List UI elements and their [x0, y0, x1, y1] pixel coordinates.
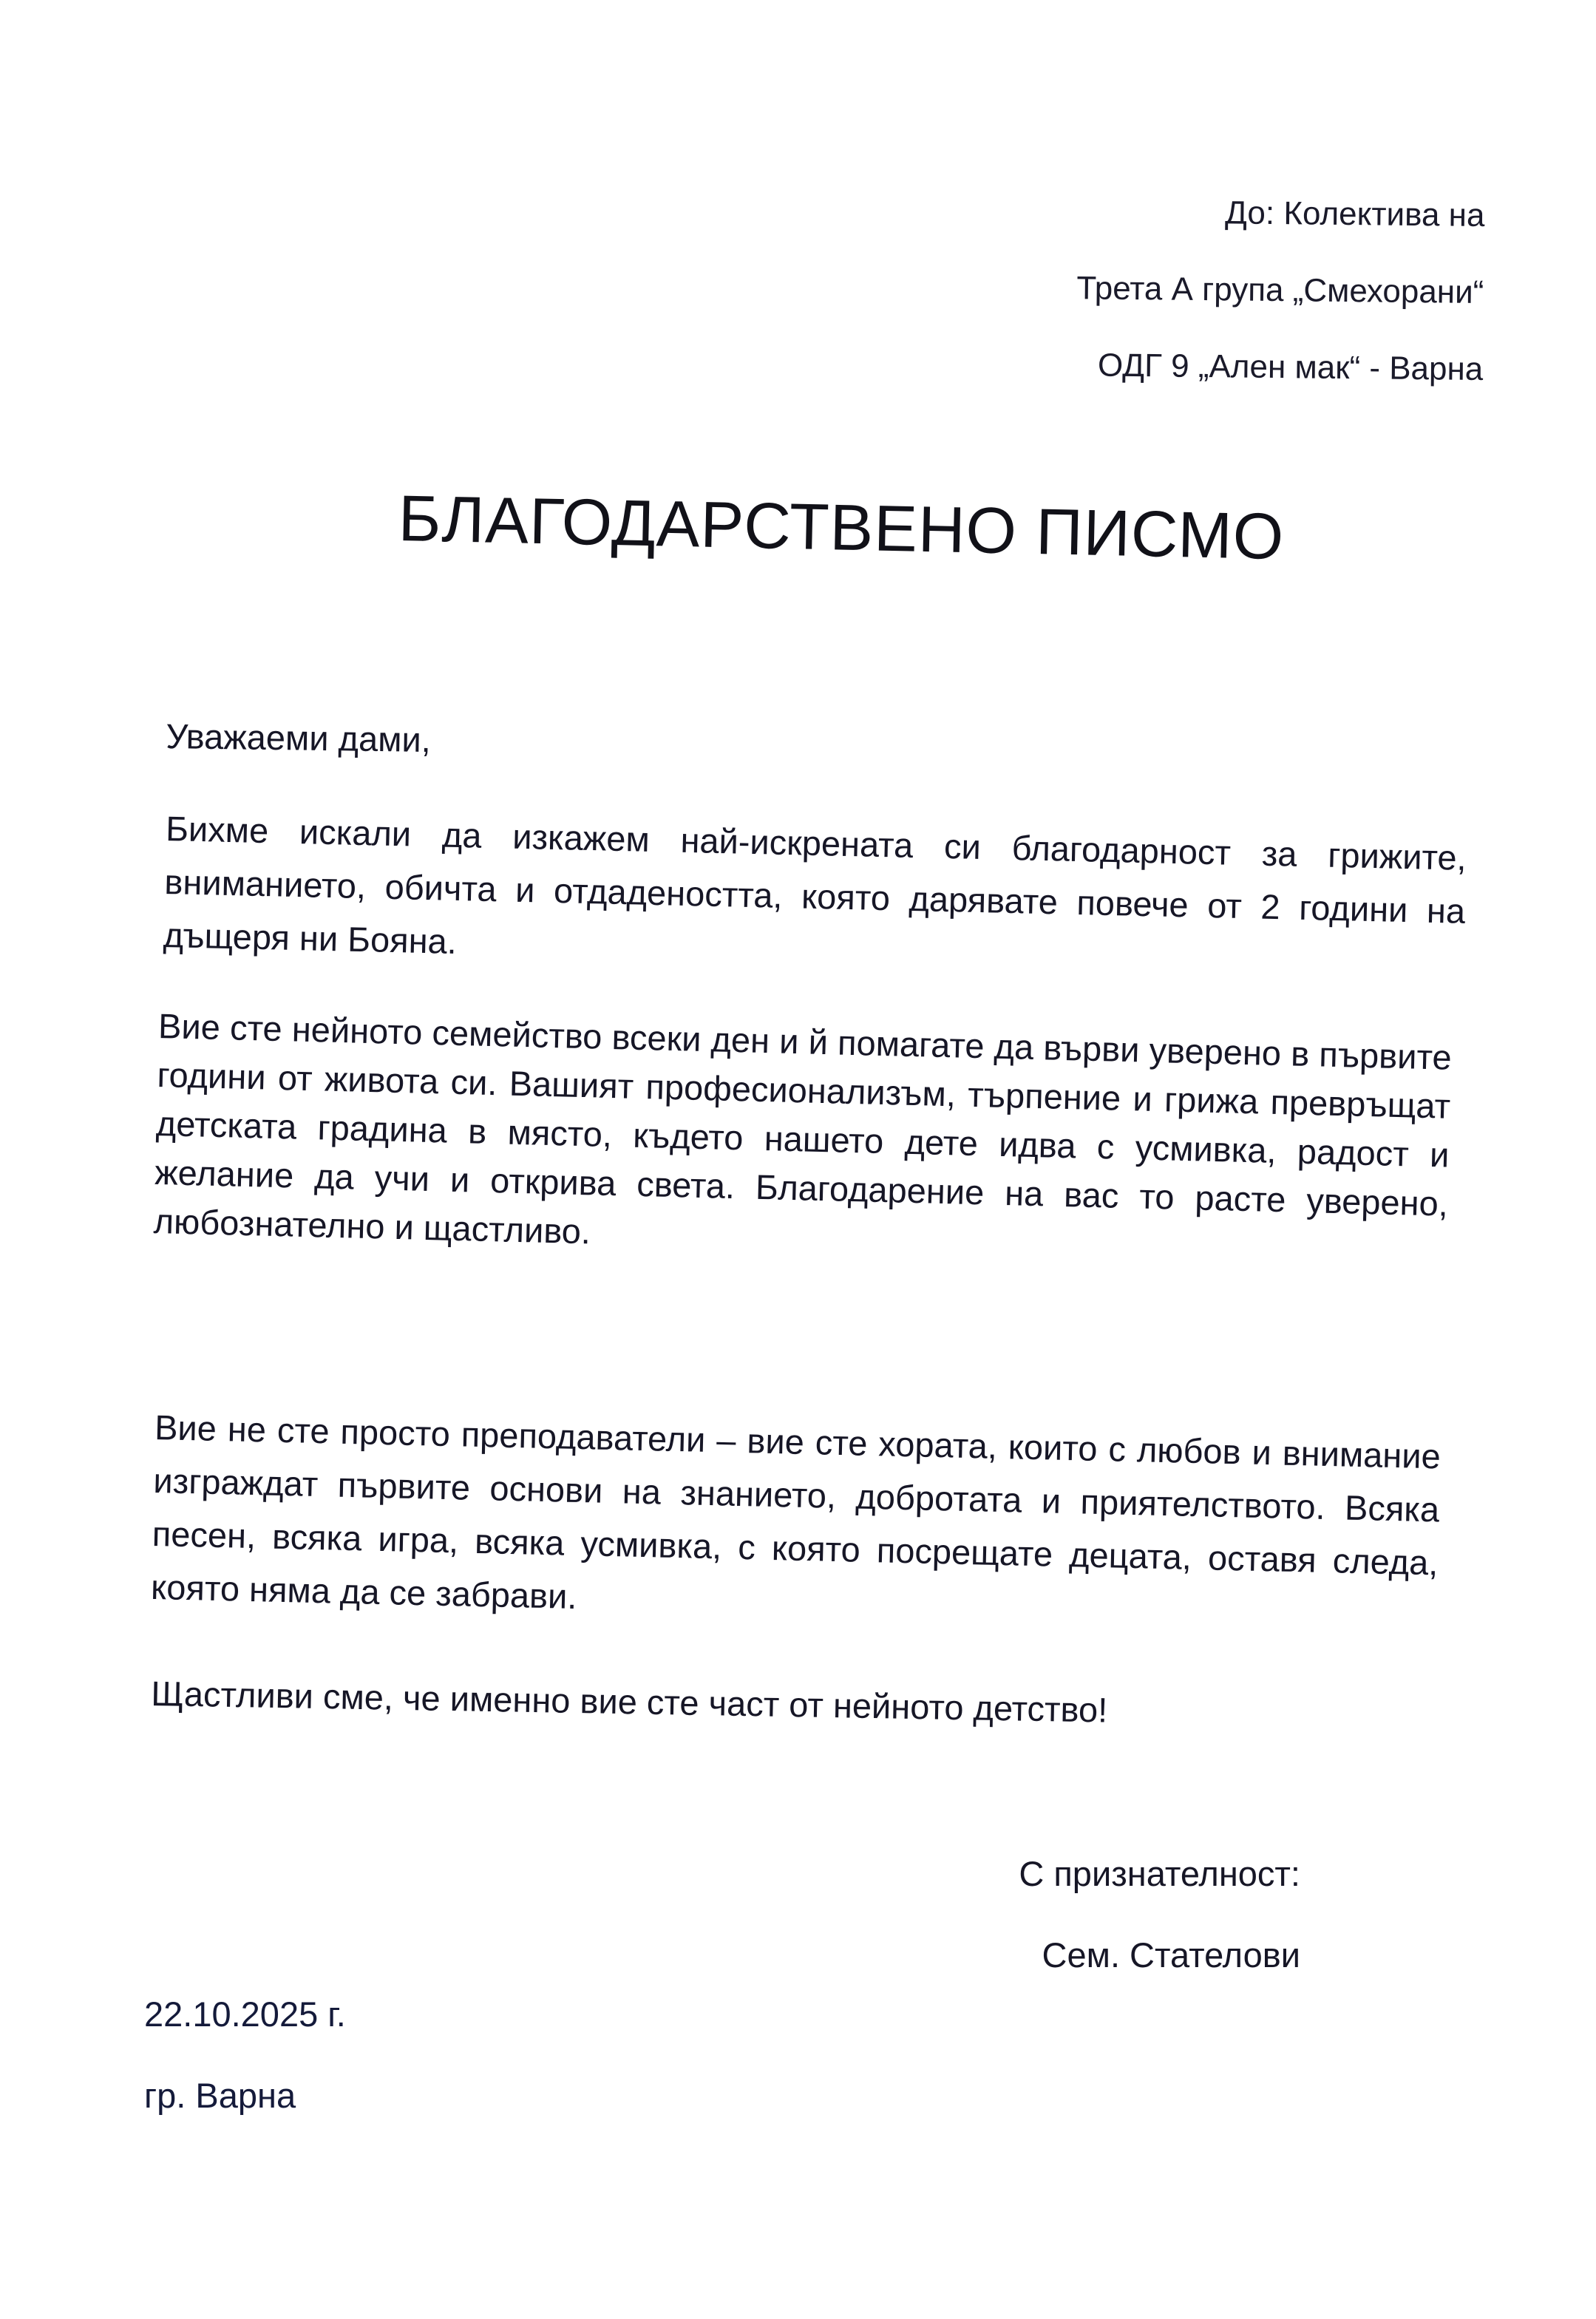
- recipient-line-1: До: Колектива на: [1077, 173, 1485, 254]
- recipient-block: До: Колектива на Трета А група „Смехоран…: [1076, 173, 1485, 408]
- closing-block: С признателност: Сем. Стателови: [1019, 1833, 1300, 1996]
- letter-page: До: Колектива на Трета А група „Смехоран…: [0, 0, 1596, 2319]
- letter-title: БЛАГОДАРСТВЕНО ПИСМО: [398, 481, 1285, 574]
- paragraph-3: Вие не сте просто преподаватели – вие ст…: [150, 1401, 1441, 1643]
- letter-place: гр. Варна: [144, 2055, 346, 2136]
- salutation: Уважаеми дами,: [166, 710, 431, 767]
- paragraph-2: Вие сте нейното семейство всеки ден и й …: [153, 1002, 1453, 1277]
- letter-date: 22.10.2025 г.: [144, 1974, 346, 2055]
- paragraph-1: Бихме искали да изкажем най-искрената си…: [163, 802, 1467, 991]
- recipient-line-3: ОДГ 9 „Ален мак“ - Варна: [1076, 327, 1484, 408]
- closing-phrase: С признателност:: [1019, 1833, 1300, 1915]
- date-place-block: 22.10.2025 г. гр. Варна: [144, 1974, 346, 2136]
- paragraph-4: Щастливи сме, че именно вие сте част от …: [151, 1667, 1108, 1737]
- recipient-line-2: Трета А група „Смехорани“: [1076, 250, 1484, 331]
- signature: Сем. Стателови: [1019, 1915, 1300, 1996]
